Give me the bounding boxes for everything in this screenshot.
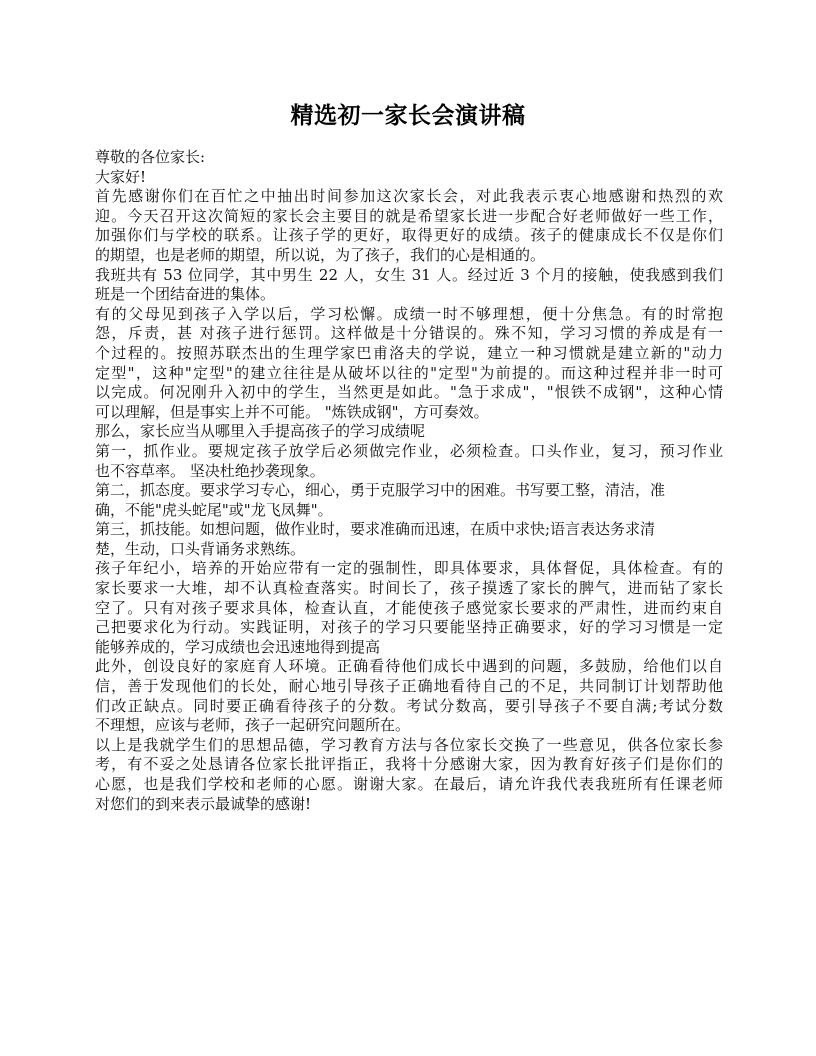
text-line: 空了。只有对孩子要求具体，检查认直，才能使孩子感觉家长要求的严肃性，进而约束自	[95, 599, 723, 619]
document-title: 精选初一家长会演讲稿	[0, 97, 816, 130]
text-line: 孩子年纪小，培养的开始应带有一定的强制性，即具体要求，具体督促，具体检查。有的	[95, 559, 723, 579]
text-line: 对您们的到来表示最诚挚的感谢!	[95, 795, 723, 815]
text-line: 能够养成的，学习成绩也会迅速地得到提高	[95, 638, 723, 658]
text-line: 迎。今天召开这次简短的家长会主要目的就是希望家长进一步配合好老师做好一些工作，	[95, 207, 723, 227]
text-line: 加强你们与学校的联系。让孩子学的更好，取得更好的成绩。孩子的健康成长不仅是你们	[95, 226, 723, 246]
text-line: 考，有不妥之处恳请各位家长批评指正，我将十分感谢大家，因为教育好孩子们是你们的	[95, 755, 723, 775]
text-line: 可以理解，但是事实上并不可能。 "炼铁成钢"，方可奏效。	[95, 403, 723, 423]
text-line: 确，不能"虎头蛇尾"或"龙飞凤舞"。	[95, 501, 723, 521]
text-line: 班是一个团结奋进的集体。	[95, 285, 723, 305]
text-line: 信，善于发现他们的长处，耐心地引导孩子正确地看待自己的不足，共同制订计划帮助他	[95, 677, 723, 697]
text-line: 家长要求一大堆，却不认真检查落实。时间长了，孩子摸透了家长的脾气，进而钻了家长	[95, 579, 723, 599]
text-line: 不理想，应该与老师，孩子一起研究问题所在。	[95, 716, 723, 736]
text-line: 的期望，也是老师的期望，所以说，为了孩子，我们的心是相通的。	[95, 246, 723, 266]
text-line: 首先感谢你们在百忙之中抽出时间参加这次家长会，对此我表示衷心地感谢和热烈的欢	[95, 187, 723, 207]
text-line: 怨，斥责，甚 对孩子进行惩罚。这样做是十分错误的。殊不知，学习习惯的养成是有一	[95, 324, 723, 344]
text-line: 我班共有 53 位同学，其中男生 22 人，女生 31 人。经过近 3 个月的接…	[95, 266, 723, 286]
text-line: 此外，创设良好的家庭育人环境。正确看待他们成长中遇到的问题，多鼓励，给他们以自	[95, 657, 723, 677]
text-line: 心愿，也是我们学校和老师的心愿。谢谢大家。在最后，请允许我代表我班所有任课老师	[95, 775, 723, 795]
text-line: 己把要求化为行动。实践证明，对孩子的学习只要能坚持正确要求，好的学习习惯是一定	[95, 618, 723, 638]
document-page: 精选初一家长会演讲稿 尊敬的各位家长:大家好!首先感谢你们在百忙之中抽出时间参加…	[0, 0, 816, 1056]
text-line: 也不容草率。 坚决杜绝抄袭现象。	[95, 462, 723, 482]
document-body: 尊敬的各位家长:大家好!首先感谢你们在百忙之中抽出时间参加这次家长会，对此我表示…	[95, 148, 723, 814]
text-line: 以完成。何况刚升入初中的学生，当然更是如此。"急于求成"，"恨铁不成钢"，这种心…	[95, 383, 723, 403]
text-line: 个过程的。按照苏联杰出的生理学家巴甫洛夫的学说，建立一种习惯就是建立新的"动力	[95, 344, 723, 364]
text-line: 以上是我就学生们的思想品德，学习教育方法与各位家长交换了一些意见，供各位家长参	[95, 736, 723, 756]
text-line: 第三，抓技能。如想问题，做作业时，要求准确而迅速，在质中求快;语言表达务求清	[95, 520, 723, 540]
text-line: 那么，家长应当从哪里入手提高孩子的学习成绩呢	[95, 422, 723, 442]
text-line: 第二，抓态度。要求学习专心，细心，勇于克服学习中的困难。书写要工整，清洁，准	[95, 481, 723, 501]
text-line: 楚，生动，口头背诵务求熟练。	[95, 540, 723, 560]
text-line: 们改正缺点。同时要正确看待孩子的分数。考试分数高，要引导孩子不要自满;考试分数	[95, 697, 723, 717]
text-line: 大家好!	[95, 168, 723, 188]
text-line: 有的父母见到孩子入学以后，学习松懈。成绩一时不够理想，便十分焦急。有的时常抱	[95, 305, 723, 325]
text-line: 定型"，这种"定型"的建立往往是从破坏以往的"定型"为前提的。而这种过程并非一时…	[95, 364, 723, 384]
text-line: 尊敬的各位家长:	[95, 148, 723, 168]
text-line: 第一，抓作业。要规定孩子放学后必须做完作业，必须检查。口头作业，复习，预习作业	[95, 442, 723, 462]
